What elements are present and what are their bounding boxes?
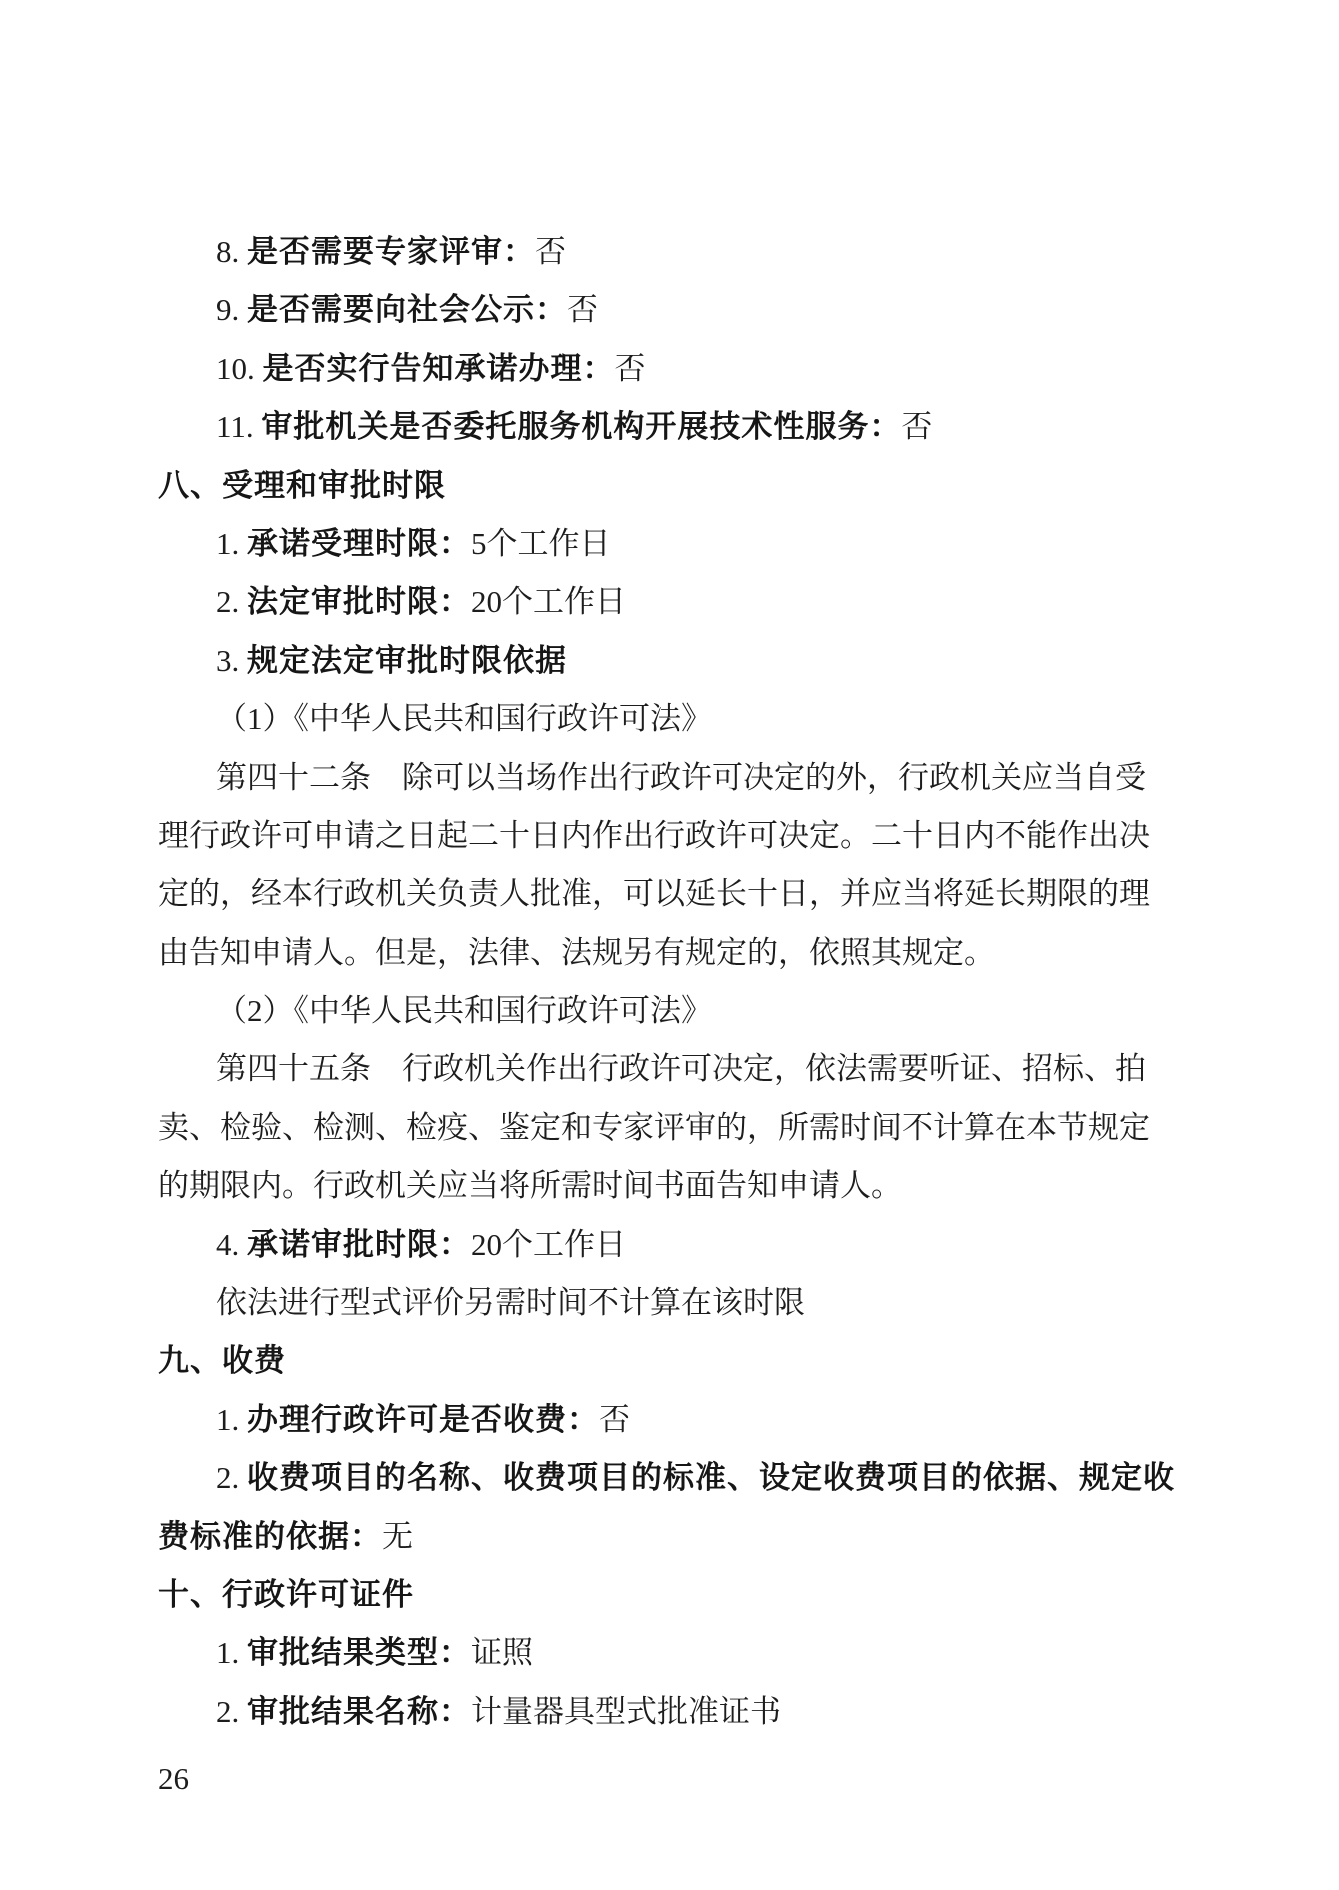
item-number: 2. <box>216 1694 247 1729</box>
document-text-line: 1. 承诺受理时限：5个工作日 <box>158 515 1188 573</box>
document-text-line: 十、行政许可证件 <box>158 1566 1188 1624</box>
document-text-line: 依法进行型式评价另需时间不计算在该时限 <box>158 1274 1188 1332</box>
field-value: 否 <box>599 1402 630 1437</box>
field-value: 否 <box>615 351 646 386</box>
field-value: 第四十五条 行政机关作出行政许可决定，依法需要听证、招标、拍 <box>216 1051 1146 1086</box>
item-number: 1. <box>216 526 247 561</box>
field-label: 是否需要专家评审： <box>247 234 535 269</box>
field-value: （2）《中华人民共和国行政许可法》 <box>216 993 712 1028</box>
document-text-line: 定的，经本行政机关负责人批准，可以延长十日，并应当将延长期限的理 <box>158 865 1188 923</box>
field-value: （1）《中华人民共和国行政许可法》 <box>216 701 712 736</box>
item-number: 1. <box>216 1635 247 1670</box>
field-value: 定的，经本行政机关负责人批准，可以延长十日，并应当将延长期限的理 <box>158 876 1150 911</box>
document-page: 8. 是否需要专家评审：否9. 是否需要向社会公示：否10. 是否实行告知承诺办… <box>0 0 1339 1890</box>
document-text-line: 第四十五条 行政机关作出行政许可决定，依法需要听证、招标、拍 <box>158 1040 1188 1098</box>
document-text-line: 九、收费 <box>158 1332 1188 1390</box>
document-text-line: 的期限内。行政机关应当将所需时间书面告知申请人。 <box>158 1157 1188 1215</box>
document-text-line: 9. 是否需要向社会公示：否 <box>158 281 1188 339</box>
field-value: 由告知申请人。但是，法律、法规另有规定的，依照其规定。 <box>158 935 995 970</box>
page-number: 26 <box>158 1750 189 1808</box>
field-value: 无 <box>382 1519 413 1554</box>
document-text-line: 理行政许可申请之日起二十日内作出行政许可决定。二十日内不能作出决 <box>158 807 1188 865</box>
document-text-line: 八、受理和审批时限 <box>158 457 1188 515</box>
document-text-line: 11. 审批机关是否委托服务机构开展技术性服务：否 <box>158 398 1188 456</box>
field-value: 5个工作日 <box>471 526 611 561</box>
field-label: 是否实行告知承诺办理： <box>263 351 615 386</box>
field-label: 收费项目的名称、收费项目的标准、设定收费项目的依据、规定收 <box>247 1460 1175 1495</box>
field-label: 审批结果类型： <box>247 1635 471 1670</box>
field-value: 的期限内。行政机关应当将所需时间书面告知申请人。 <box>158 1168 902 1203</box>
document-text-line: 费标准的依据：无 <box>158 1508 1188 1566</box>
field-value: 依法进行型式评价另需时间不计算在该时限 <box>216 1285 805 1320</box>
document-body: 8. 是否需要专家评审：否9. 是否需要向社会公示：否10. 是否实行告知承诺办… <box>158 223 1188 1741</box>
field-label: 法定审批时限： <box>247 584 471 619</box>
field-value: 否 <box>567 292 598 327</box>
document-text-line: 由告知申请人。但是，法律、法规另有规定的，依照其规定。 <box>158 924 1188 982</box>
item-number: 2. <box>216 1460 247 1495</box>
item-number: 1. <box>216 1402 247 1437</box>
item-number: 10. <box>216 351 263 386</box>
field-value: 卖、检验、检测、检疫、鉴定和专家评审的，所需时间不计算在本节规定 <box>158 1110 1150 1145</box>
document-text-line: 卖、检验、检测、检疫、鉴定和专家评审的，所需时间不计算在本节规定 <box>158 1099 1188 1157</box>
item-number: 11. <box>216 409 261 444</box>
document-text-line: （2）《中华人民共和国行政许可法》 <box>158 982 1188 1040</box>
field-label: 十、行政许可证件 <box>158 1577 414 1612</box>
document-text-line: 1. 办理行政许可是否收费：否 <box>158 1391 1188 1449</box>
item-number: 3. <box>216 643 247 678</box>
field-label: 审批结果名称： <box>247 1694 471 1729</box>
field-label: 审批机关是否委托服务机构开展技术性服务： <box>261 409 901 444</box>
field-label: 规定法定审批时限依据 <box>247 643 567 678</box>
document-text-line: 2. 法定审批时限：20个工作日 <box>158 573 1188 631</box>
field-label: 费标准的依据： <box>158 1519 382 1554</box>
field-value: 否 <box>901 409 932 444</box>
item-number: 4. <box>216 1227 247 1262</box>
document-text-line: 2. 审批结果名称：计量器具型式批准证书 <box>158 1683 1188 1741</box>
document-text-line: 第四十二条 除可以当场作出行政许可决定的外，行政机关应当自受 <box>158 749 1188 807</box>
document-text-line: 1. 审批结果类型：证照 <box>158 1624 1188 1682</box>
document-text-line: 10. 是否实行告知承诺办理：否 <box>158 340 1188 398</box>
item-number: 2. <box>216 584 247 619</box>
document-text-line: 2. 收费项目的名称、收费项目的标准、设定收费项目的依据、规定收 <box>158 1449 1188 1507</box>
field-label: 办理行政许可是否收费： <box>247 1402 599 1437</box>
field-label: 承诺受理时限： <box>247 526 471 561</box>
document-text-line: 8. 是否需要专家评审：否 <box>158 223 1188 281</box>
field-label: 九、收费 <box>158 1343 286 1378</box>
field-value: 20个工作日 <box>471 1227 626 1262</box>
document-text-line: 3. 规定法定审批时限依据 <box>158 632 1188 690</box>
field-value: 计量器具型式批准证书 <box>471 1694 781 1729</box>
field-value: 20个工作日 <box>471 584 626 619</box>
field-value: 理行政许可申请之日起二十日内作出行政许可决定。二十日内不能作出决 <box>158 818 1150 853</box>
document-text-line: 4. 承诺审批时限：20个工作日 <box>158 1216 1188 1274</box>
field-value: 证照 <box>471 1635 533 1670</box>
field-label: 八、受理和审批时限 <box>158 468 446 503</box>
item-number: 9. <box>216 292 247 327</box>
field-label: 承诺审批时限： <box>247 1227 471 1262</box>
field-value: 否 <box>535 234 566 269</box>
document-text-line: （1）《中华人民共和国行政许可法》 <box>158 690 1188 748</box>
item-number: 8. <box>216 234 247 269</box>
field-label: 是否需要向社会公示： <box>247 292 567 327</box>
field-value: 第四十二条 除可以当场作出行政许可决定的外，行政机关应当自受 <box>216 760 1146 795</box>
